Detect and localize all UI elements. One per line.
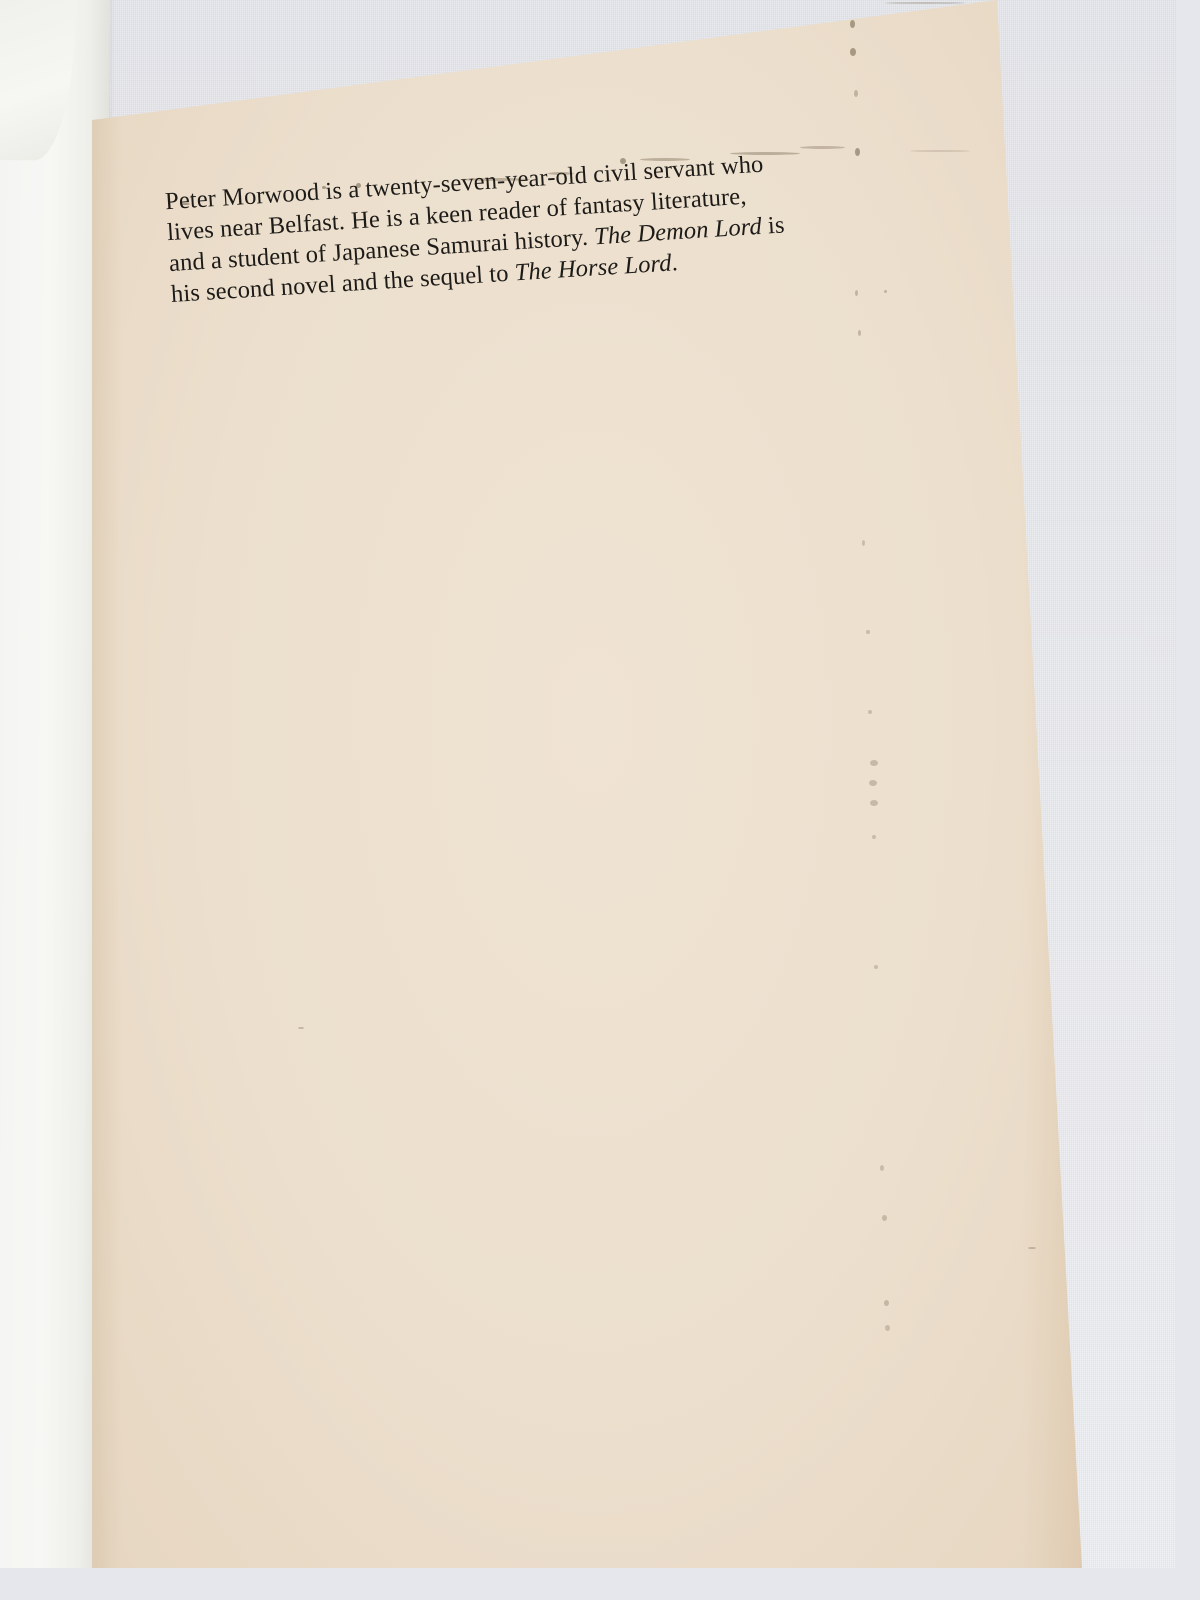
- page-curl: [0, 0, 75, 161]
- bio-text-segment: is: [761, 211, 785, 239]
- bio-text-segment: .: [671, 249, 679, 276]
